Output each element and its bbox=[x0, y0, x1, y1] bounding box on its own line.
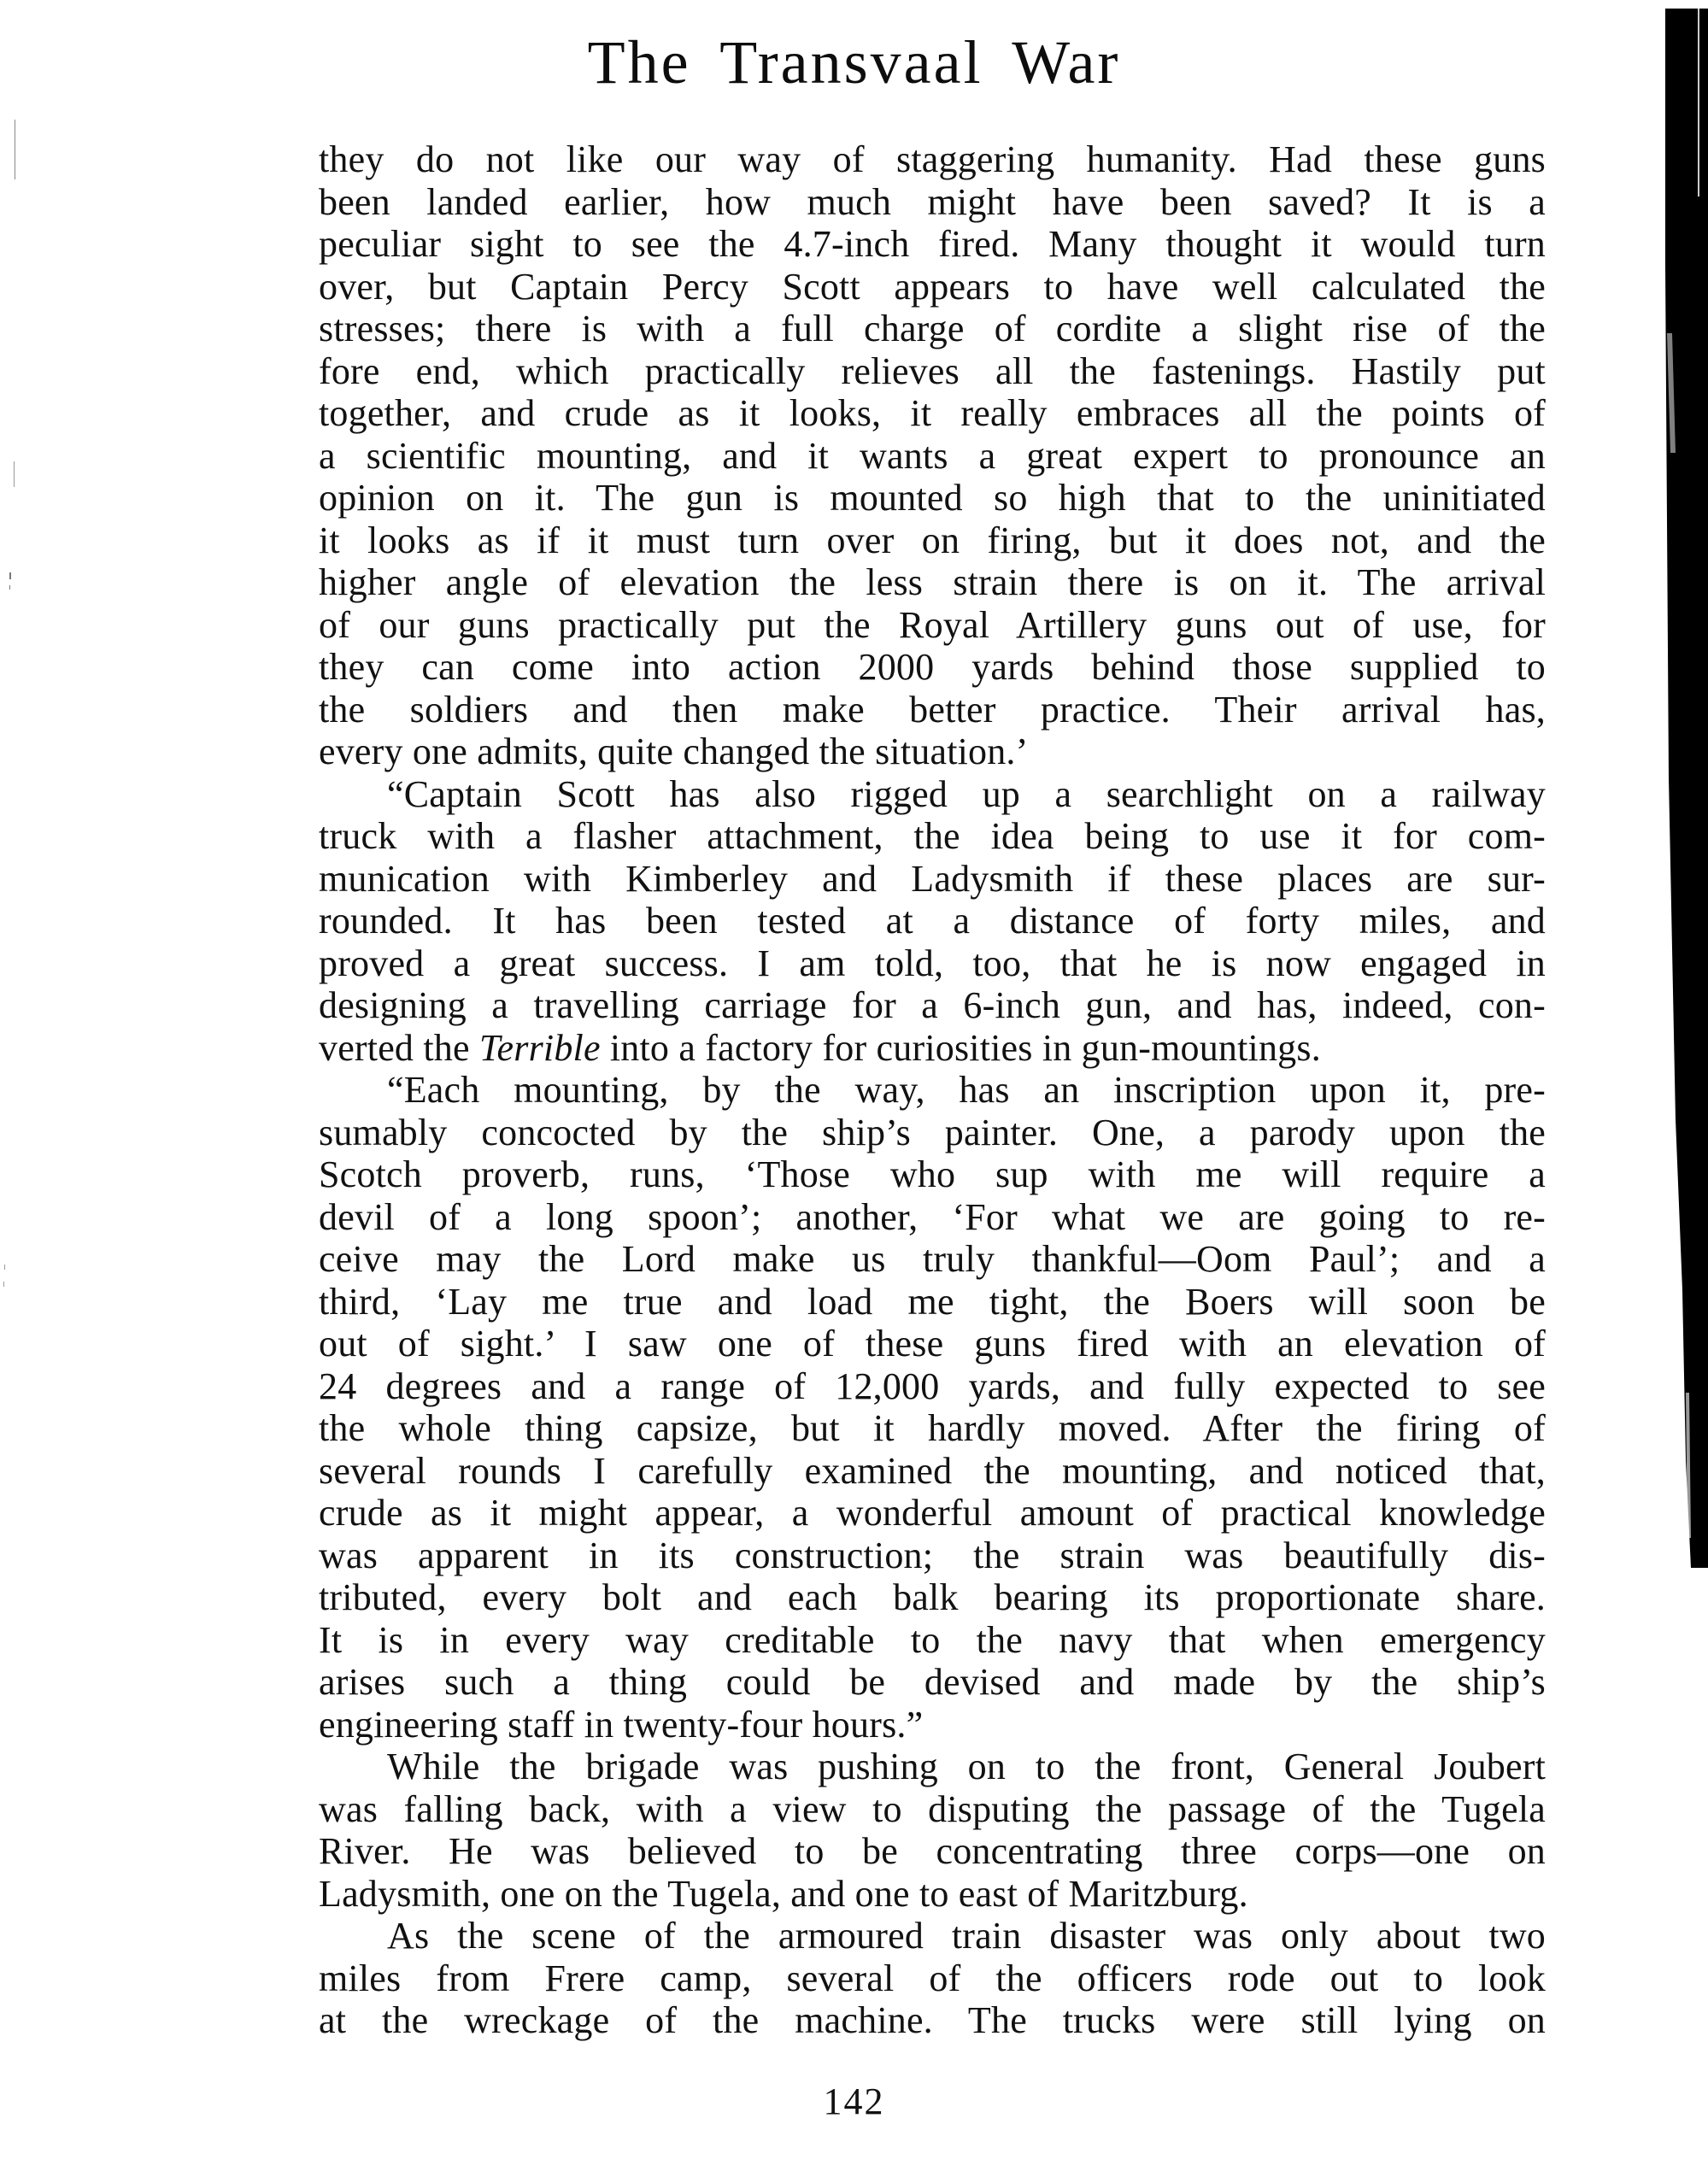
body-text: they do not like our way of staggering h… bbox=[319, 138, 1546, 2042]
text-line: opinion on it. The gun is mounted so hig… bbox=[319, 477, 1546, 519]
text-line: devil of a long spoon’; another, ‘For wh… bbox=[319, 1196, 1546, 1239]
text-line: been landed earlier, how much might have… bbox=[319, 181, 1546, 224]
text-line: fore end, which practically relieves all… bbox=[319, 350, 1546, 393]
text-line: over, but Captain Percy Scott appears to… bbox=[319, 266, 1546, 308]
text-line: designing a travelling carriage for a 6-… bbox=[319, 984, 1546, 1027]
text-line: peculiar sight to see the 4.7-inch fired… bbox=[319, 223, 1546, 266]
text-line: While the brigade was pushing on to the … bbox=[319, 1746, 1546, 1788]
text-line-with-italic: verted the Terrible into a factory for c… bbox=[319, 1027, 1546, 1070]
text-line: stresses; there is with a full charge of… bbox=[319, 308, 1546, 350]
text-line: miles from Frere camp, several of the of… bbox=[319, 1957, 1546, 2000]
text-line: crude as it might appear, a wonderful am… bbox=[319, 1492, 1546, 1535]
text-line: engineering staff in twenty-four hours.” bbox=[319, 1704, 1546, 1746]
text-line: munication with Kimberley and Ladysmith … bbox=[319, 858, 1546, 901]
text-line: of our guns practically put the Royal Ar… bbox=[319, 604, 1546, 647]
text-line: As the scene of the armoured train disas… bbox=[319, 1915, 1546, 1957]
text-line: tributed, every bolt and each balk beari… bbox=[319, 1576, 1546, 1619]
text-line: they do not like our way of staggering h… bbox=[319, 138, 1546, 181]
text-line: it looks as if it must turn over on firi… bbox=[319, 519, 1546, 562]
paragraph: “Each mounting, by the way, has an inscr… bbox=[319, 1069, 1546, 1746]
text-line: out of sight.’ I saw one of these guns f… bbox=[319, 1323, 1546, 1365]
text-line: “Each mounting, by the way, has an inscr… bbox=[319, 1069, 1546, 1112]
text-line: the whole thing capsize, but it hardly m… bbox=[319, 1407, 1546, 1450]
text-line: every one admits, quite changed the situ… bbox=[319, 731, 1546, 773]
binding-shadow bbox=[1660, 9, 1708, 1568]
paragraph: As the scene of the armoured train disas… bbox=[319, 1915, 1546, 2042]
text-line: at the wreckage of the machine. The truc… bbox=[319, 1999, 1546, 2042]
text-line: ceive may the Lord make us truly thankfu… bbox=[319, 1238, 1546, 1281]
paragraph: they do not like our way of staggering h… bbox=[319, 138, 1546, 773]
running-title: The Transvaal War bbox=[0, 24, 1708, 101]
text-line: higher angle of elevation the less strai… bbox=[319, 561, 1546, 604]
text-line: the soldiers and then make better practi… bbox=[319, 689, 1546, 731]
text-line: several rounds I carefully examined the … bbox=[319, 1450, 1546, 1493]
paragraph: While the brigade was pushing on to the … bbox=[319, 1746, 1546, 1915]
text-line: “Captain Scott has also rigged up a sear… bbox=[319, 773, 1546, 816]
book-page: The Transvaal War they do not like our w… bbox=[0, 0, 1708, 2183]
text-line: was falling back, with a view to disputi… bbox=[319, 1788, 1546, 1831]
text-line: 24 degrees and a range of 12,000 yards, … bbox=[319, 1365, 1546, 1408]
text-line: together, and crude as it looks, it real… bbox=[319, 392, 1546, 435]
text-line: a scientific mounting, and it wants a gr… bbox=[319, 435, 1546, 478]
scan-specks bbox=[0, 0, 103, 2183]
text-line: River. He was believed to be concentrati… bbox=[319, 1830, 1546, 1873]
text-line: rounded. It has been tested at a distanc… bbox=[319, 900, 1546, 942]
text-line: third, ‘Lay me true and load me tight, t… bbox=[319, 1281, 1546, 1323]
text-line: was apparent in its construction; the st… bbox=[319, 1535, 1546, 1577]
text-line: sumably concocted by the ship’s painter.… bbox=[319, 1112, 1546, 1154]
text-line: truck with a flasher attachment, the ide… bbox=[319, 815, 1546, 858]
text-line: Scotch proverb, runs, ‘Those who sup wit… bbox=[319, 1153, 1546, 1196]
text-line: arises such a thing could be devised and… bbox=[319, 1661, 1546, 1704]
text-line: they can come into action 2000 yards beh… bbox=[319, 646, 1546, 689]
paragraph: “Captain Scott has also rigged up a sear… bbox=[319, 773, 1546, 1070]
page-number: 142 bbox=[0, 2078, 1708, 2126]
italic-ship-name: Terrible bbox=[479, 1027, 601, 1069]
text-line: proved a great success. I am told, too, … bbox=[319, 942, 1546, 985]
text-line: It is in every way creditable to the nav… bbox=[319, 1619, 1546, 1662]
text-line: Ladysmith, one on the Tugela, and one to… bbox=[319, 1873, 1546, 1916]
